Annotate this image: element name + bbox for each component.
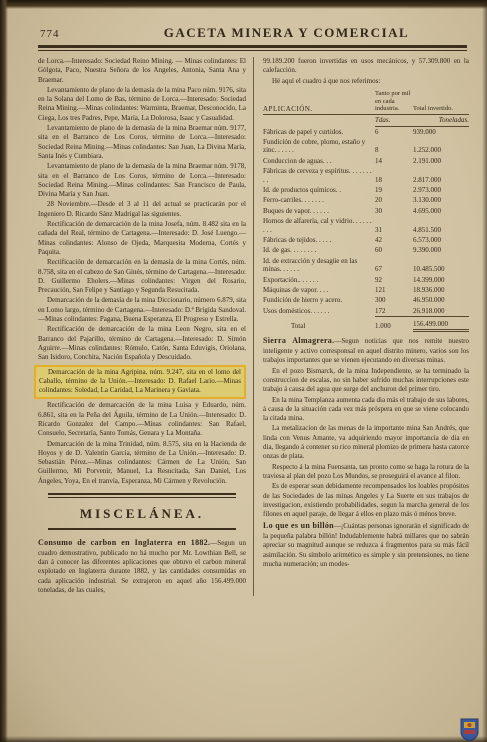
table-row: Exportación.. . . . . .9214.399.000 <box>263 275 469 285</box>
table-row: Id. de productos químicos. .192.973.000 <box>263 185 469 195</box>
column-header-aplicacion: APLICACIÓN. <box>263 89 375 115</box>
subheader-toneladas: Toneladas. <box>413 115 469 126</box>
intro-paragraph: Hé aquí el cuadro á que nos referimos: <box>263 77 469 86</box>
notice-paragraph: de Lorca.—Interesado: Sociedad Reino Min… <box>38 57 246 85</box>
row-total: 18.936.000 <box>413 285 469 295</box>
page-edge-bottom <box>0 736 487 742</box>
sierra-lead: Sierra Almagrera. <box>263 336 334 345</box>
row-tanto: 67 <box>375 256 413 275</box>
left-column: de Lorca.—Interesado: Sociedad Reino Min… <box>38 57 246 596</box>
miscelanea-heading: MISCELÁNEA. <box>38 506 246 522</box>
row-total: 1.252.000 <box>413 137 469 156</box>
highlighted-notice-paragraph: Demarcación de la mina Agripina, núm. 9.… <box>39 368 241 396</box>
row-label: Buques de vapor. . . . . . <box>263 206 375 216</box>
table-row: Hornos de alfarería, cal y vidrio. . . .… <box>263 216 469 235</box>
table-row: Id. de extracción y desagüe en las minas… <box>263 256 469 275</box>
row-tanto: 19 <box>375 185 413 195</box>
row-label: Id. de productos químicos. . <box>263 185 375 195</box>
sierra-paragraph: En el pozo Bismarck, de la mina Independ… <box>263 367 469 395</box>
page-number: 774 <box>40 28 110 40</box>
notice-paragraph: Levantamiento de plano de la demasía de … <box>38 86 246 123</box>
row-total: 2.191.000 <box>413 156 469 166</box>
table-row: Fundición de hierro y acero.30046.950.00… <box>263 295 469 305</box>
table-subheader-row: Tdas. Toneladas. <box>263 115 469 126</box>
table-row: Id. de gas. . . . . . . .609.390.000 <box>263 245 469 255</box>
miscelanea-article: Consumo de carbon en Inglaterra en 1882.… <box>38 538 246 595</box>
row-total: 3.130.000 <box>413 195 469 205</box>
sierra-paragraph: La metalizacion de las menas de la impor… <box>263 424 469 461</box>
subheader-empty <box>263 115 375 126</box>
row-total: 9.390.000 <box>413 245 469 255</box>
row-total: 26.918.000 <box>413 306 469 317</box>
intro-paragraph: 99.189.200 fueron invertidas en usos mec… <box>263 57 469 76</box>
notice-paragraph: Rectificación de demarcación de la mina … <box>38 220 246 257</box>
notice-paragraph: Demarcación de la mina Trinidad, núm. 8.… <box>38 440 246 486</box>
highlight-box: Demarcación de la mina Agripina, núm. 9.… <box>34 365 246 400</box>
row-total: 2.973.000 <box>413 185 469 195</box>
table-row: Conduccion de aguas. . .142.191.000 <box>263 156 469 166</box>
page-content: de Lorca.—Interesado: Sociedad Reino Min… <box>0 55 487 596</box>
table-row: Fundición de cobre, plomo, estaño y zinc… <box>263 137 469 156</box>
table-row: Ferro-carriles. . . . . . .203.130.000 <box>263 195 469 205</box>
table-row: Fábricas de papel y curtidos.6939.000 <box>263 126 469 137</box>
row-tanto: 6 <box>375 126 413 137</box>
row-label: Usos domésticos. . . . . . <box>263 306 375 317</box>
row-total: 4.851.500 <box>413 216 469 235</box>
row-label: Exportación.. . . . . . <box>263 275 375 285</box>
notice-paragraph: Levantamiento de plano de la demasía de … <box>38 124 246 161</box>
sierra-almagrera-article: Sierra Almagrera.—Segun noticias que nos… <box>263 336 469 365</box>
right-column: 99.189.200 fueron invertidas en usos mec… <box>253 57 469 596</box>
row-label: Fundición de hierro y acero. <box>263 295 375 305</box>
row-total: 14.399.000 <box>413 275 469 285</box>
article-body: —Segun un cuadro demostrativo, publicado… <box>38 539 246 594</box>
row-tanto: 18 <box>375 166 413 185</box>
page-edge-top <box>0 0 487 9</box>
subheader-tdas: Tdas. <box>375 115 413 126</box>
row-tanto: 300 <box>375 295 413 305</box>
row-total: 10.485.500 <box>413 256 469 275</box>
row-label: Id. de gas. . . . . . . . <box>263 245 375 255</box>
sierra-paragraph: En la mina Templanza aumenta cada dia má… <box>263 396 469 424</box>
newspaper-page: 774 GACETA MINERA Y COMERCIAL de Lorca.—… <box>0 0 487 742</box>
billon-article: Lo que es un billón—¡Cuántas personas ig… <box>263 521 469 569</box>
row-tanto: 92 <box>375 275 413 285</box>
article-lead: Consumo de carbon en Inglaterra en 1882. <box>38 538 210 547</box>
row-total: 4.695.000 <box>413 206 469 216</box>
row-tanto: 42 <box>375 235 413 245</box>
page-edge-left <box>0 0 8 742</box>
notice-paragraph: Rectificación de demarcación en la demas… <box>38 258 246 295</box>
column-header-total-invertido: Total invertido. <box>413 89 469 115</box>
table-row: Usos domésticos. . . . . .17226.918.000 <box>263 306 469 317</box>
table-total-row: Total 1.000 156.499.000 <box>263 317 469 331</box>
header-rule <box>38 45 467 51</box>
page-edge-right <box>482 0 487 742</box>
notice-paragraph: 28 Noviembre.—Desde el 3 al 11 del actua… <box>38 200 246 219</box>
billon-lead: Lo que es un billón <box>263 521 334 530</box>
table-header-row: APLICACIÓN. Tanto por mil en cada indust… <box>263 89 469 115</box>
row-label: Hornos de alfarería, cal y vidrio. . . .… <box>263 216 375 235</box>
row-tanto: 8 <box>375 137 413 156</box>
section-rule <box>48 528 236 530</box>
notice-paragraph: Levantamiento de plano de la demasía de … <box>38 162 246 199</box>
total-tanto: 1.000 <box>375 317 413 331</box>
row-label: Fundición de cobre, plomo, estaño y zinc… <box>263 137 375 156</box>
row-tanto: 172 <box>375 306 413 317</box>
total-value: 156.499.000 <box>413 317 469 331</box>
notice-paragraph: Demarcación de la demasía de la mina Dic… <box>38 296 246 324</box>
column-header-tanto-por-mil: Tanto por mil en cada industria. <box>375 89 413 115</box>
notice-paragraph: Rectificación de demarcación de la mina … <box>38 401 246 438</box>
table-row: Fábricas de cerveza y espíritus. . . . .… <box>263 166 469 185</box>
row-label: Fábricas de papel y curtidos. <box>263 126 375 137</box>
row-total: 46.950.000 <box>413 295 469 305</box>
row-tanto: 31 <box>375 216 413 235</box>
row-total: 6.573.000 <box>413 235 469 245</box>
library-stamp-icon <box>459 717 480 741</box>
row-tanto: 14 <box>375 156 413 166</box>
row-label: Fábricas de tejidos. . . . . <box>263 235 375 245</box>
masthead-title: GACETA MINERA Y COMERCIAL <box>110 25 463 41</box>
sierra-paragraph: Es de esperar sean debidamente recompens… <box>263 482 469 519</box>
row-label: Id. de extracción y desagüe en las minas… <box>263 256 375 275</box>
row-label: Máquinas de vapor. . . . <box>263 285 375 295</box>
section-rule <box>48 493 236 498</box>
row-tanto: 30 <box>375 206 413 216</box>
row-total: 939.000 <box>413 126 469 137</box>
row-label: Fábricas de cerveza y espíritus. . . . .… <box>263 166 375 185</box>
row-label: Conduccion de aguas. . . <box>263 156 375 166</box>
sierra-paragraph: Respecto á la mina Fuensanta, tan pronto… <box>263 463 469 482</box>
table-row: Fábricas de tejidos. . . . .426.573.000 <box>263 235 469 245</box>
row-tanto: 20 <box>375 195 413 205</box>
total-label: Total <box>263 317 375 331</box>
table-row: Buques de vapor. . . . . .304.695.000 <box>263 206 469 216</box>
table-row: Máquinas de vapor. . . .12118.936.000 <box>263 285 469 295</box>
row-tanto: 60 <box>375 245 413 255</box>
notice-paragraph: Rectificación de demarcación de la mina … <box>38 325 246 362</box>
row-label: Ferro-carriles. . . . . . . <box>263 195 375 205</box>
row-total: 2.817.000 <box>413 166 469 185</box>
row-tanto: 121 <box>375 285 413 295</box>
coal-consumption-table: APLICACIÓN. Tanto por mil en cada indust… <box>263 89 469 333</box>
